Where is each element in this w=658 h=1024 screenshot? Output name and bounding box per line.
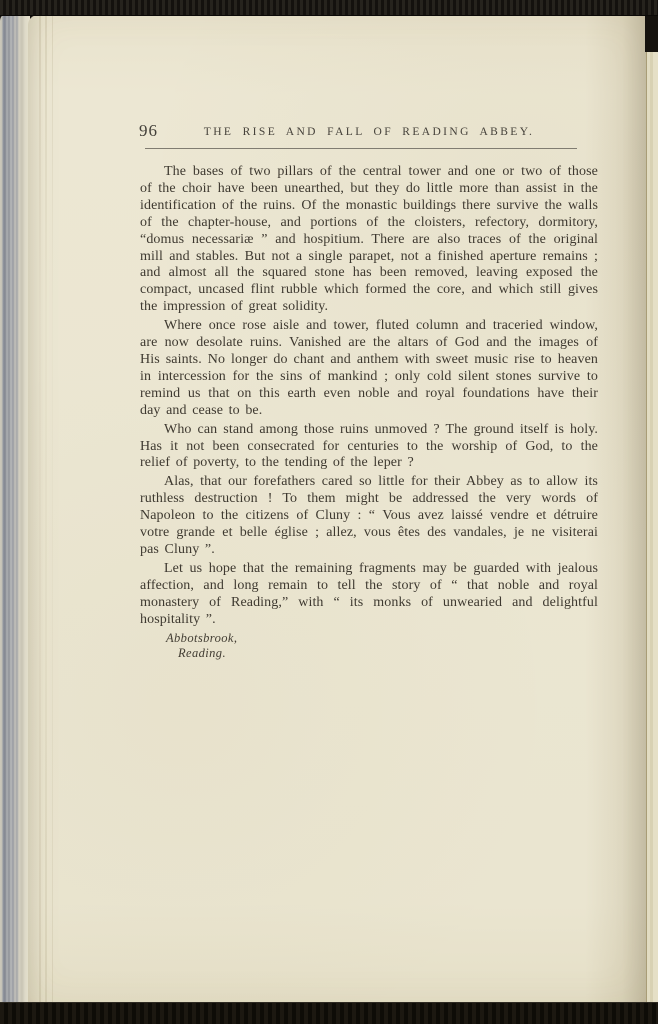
paragraph: The bases of two pillars of the central …	[140, 164, 598, 316]
page-crease-line	[39, 15, 41, 1002]
book-cover-top-edge	[0, 0, 658, 16]
page-content: 96 THE RISE AND FALL OF READING ABBEY. T…	[140, 114, 598, 661]
paragraph: Let us hope that the remaining fragments…	[140, 561, 598, 629]
body-text: The bases of two pillars of the central …	[140, 164, 598, 628]
book-page: 96 THE RISE AND FALL OF READING ABBEY. T…	[28, 15, 647, 1002]
paragraph: Who can stand among those ruins unmoved …	[140, 422, 598, 473]
page-stack-left-edge	[0, 13, 30, 1002]
signature-town: Reading.	[178, 646, 598, 661]
book-scan: 96 THE RISE AND FALL OF READING ABBEY. T…	[0, 0, 658, 1024]
paragraph: Where once rose aisle and tower, fluted …	[140, 318, 598, 419]
facing-page-edge	[646, 50, 658, 1002]
running-title: THE RISE AND FALL OF READING ABBEY.	[140, 114, 598, 138]
signature-block: Abbotsbrook, Reading.	[140, 631, 598, 661]
book-cover-bottom-edge	[0, 1002, 658, 1024]
paragraph: Alas, that our forefathers cared so litt…	[140, 474, 598, 559]
header-rule	[145, 148, 577, 149]
signature-place: Abbotsbrook,	[166, 631, 598, 646]
page-crease-line	[52, 15, 53, 1002]
page-header: 96 THE RISE AND FALL OF READING ABBEY.	[140, 114, 598, 148]
page-crease-line	[45, 15, 47, 1002]
page-number: 96	[139, 121, 158, 141]
